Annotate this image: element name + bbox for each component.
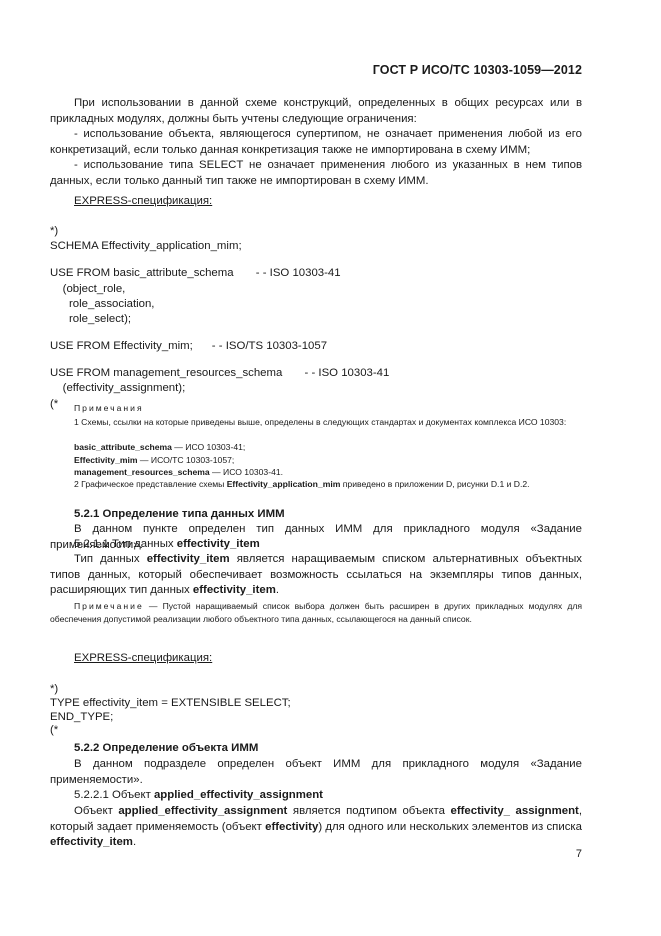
section-5-2-1-1-desc: Тип данных effectivity_item является нар… <box>50 552 582 599</box>
code-line: (* <box>50 724 291 738</box>
section-5-2-2-1-heading: 5.2.2.1 Объект applied_effectivity_assig… <box>50 788 582 804</box>
code-line <box>50 355 389 366</box>
document-header: ГОСТ Р ИСО/ТС 10303-1059—2012 <box>373 63 582 77</box>
code-line: *) <box>50 224 389 239</box>
code-line: USE FROM basic_attribute_schema - - ISO … <box>50 266 389 281</box>
intro-constraint-2: - использование типа SELECT не означает … <box>50 158 582 189</box>
section-5-2-1-1-heading: 5.2.1.1 Тип данных effectivity_item <box>50 537 582 553</box>
schema-reference: Effectivity_mim — ИСО/ТС 10303-1057; <box>74 454 582 467</box>
express-code-2: *)TYPE effectivity_item = EXTENSIBLE SEL… <box>50 683 291 738</box>
code-line: (object_role, <box>50 282 389 297</box>
document-page: ГОСТ Р ИСО/ТС 10303-1059—2012 При исполь… <box>0 0 661 936</box>
code-line: TYPE effectivity_item = EXTENSIBLE SELEC… <box>50 697 291 711</box>
intro-paragraph: При использовании в данной схеме констру… <box>50 96 582 127</box>
code-line: role_association, <box>50 297 389 312</box>
note-5-2-1: Примечание — Пустой наращиваемый список … <box>50 600 582 625</box>
code-line <box>50 255 389 266</box>
express-label-2: EXPRESS-спецификация: <box>74 652 212 664</box>
code-line: END_TYPE; <box>50 711 291 725</box>
code-line: role_select); <box>50 312 389 327</box>
code-line: *) <box>50 683 291 697</box>
note-refs: basic_attribute_schema — ИСО 10303-41;Ef… <box>74 441 582 479</box>
schema-reference: management_resources_schema — ИСО 10303-… <box>74 466 582 479</box>
code-line: (effectivity_assignment); <box>50 381 389 396</box>
note-1: 1 Схемы, ссылки на которые приведены выш… <box>50 416 582 429</box>
section-5-2-1-heading: 5.2.1 Определение типа данных ИММ <box>50 507 582 523</box>
express-label-1: EXPRESS-спецификация: <box>74 195 212 207</box>
page-number: 7 <box>576 848 582 860</box>
code-line: USE FROM Effectivity_mim; - - ISO/TS 103… <box>50 339 389 354</box>
intro-constraint-1: - использование объекта, являющегося суп… <box>50 127 582 158</box>
section-5-2-2-heading: 5.2.2 Определение объекта ИММ <box>50 741 582 757</box>
notes-title: Примечания <box>74 402 582 415</box>
code-line: USE FROM management_resources_schema - -… <box>50 366 389 381</box>
code-line: SCHEMA Effectivity_application_mim; <box>50 239 389 254</box>
note-2: 2 Графическое представление схемы Effect… <box>50 478 582 491</box>
express-code-1: *)SCHEMA Effectivity_application_mim;USE… <box>50 224 389 412</box>
section-5-2-2-1-desc: Объект applied_effectivity_assignment яв… <box>50 804 582 851</box>
code-line <box>50 328 389 339</box>
schema-reference: basic_attribute_schema — ИСО 10303-41; <box>74 441 582 454</box>
section-5-2-2-text: В данном подразделе определен объект ИММ… <box>50 757 582 788</box>
